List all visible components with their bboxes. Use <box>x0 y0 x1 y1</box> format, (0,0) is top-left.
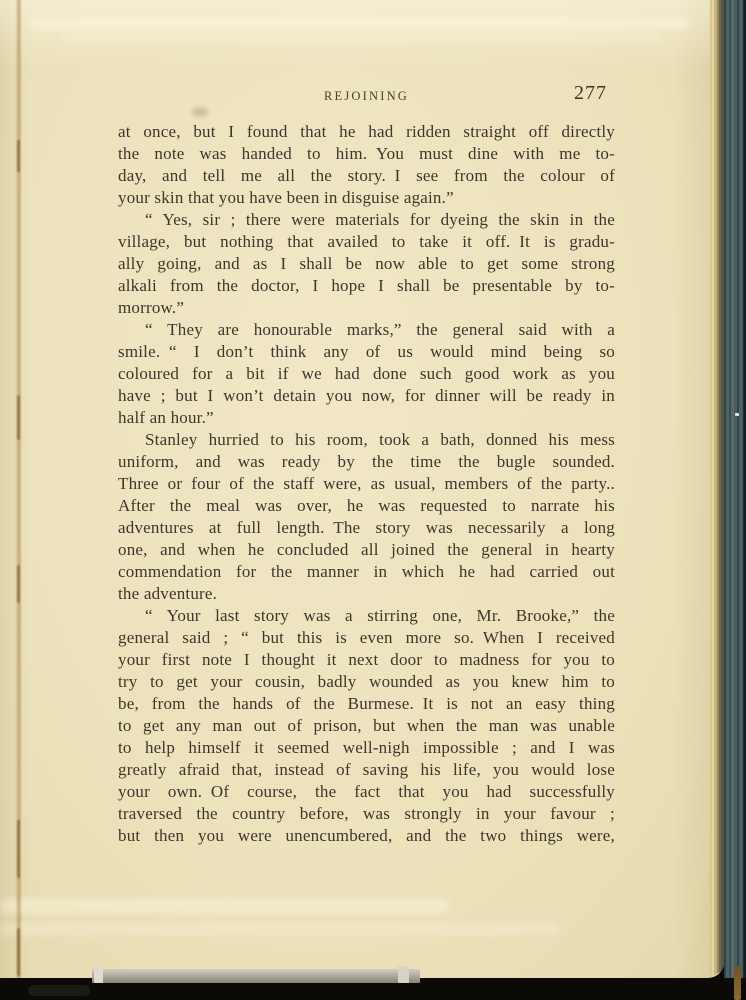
text-line: the note was handed to him. You must din… <box>118 143 615 165</box>
text-line: After the meal was over, he was requeste… <box>118 495 615 517</box>
text-line: greatly afraid that, instead of saving h… <box>118 759 615 781</box>
gutter-stain <box>17 565 20 603</box>
text-line: “ They are honourable marks,” the genera… <box>118 319 615 341</box>
text-line: the adventure. <box>118 583 615 605</box>
dust-speck <box>735 413 739 416</box>
gutter-stain <box>17 140 20 172</box>
text-line: general said ; “ but this is even more s… <box>118 627 615 649</box>
page-header: REJOINING 277 <box>118 84 615 108</box>
book-scan: REJOINING 277 at once, but I found that … <box>0 0 746 1000</box>
text-line: your first note I thought it next door t… <box>118 649 615 671</box>
scanner-glare-band <box>60 33 660 42</box>
cradle-bar <box>92 969 420 983</box>
gutter-stain <box>17 928 20 976</box>
page-text: at once, but I found that he had ridden … <box>118 121 615 847</box>
text-line: to help himself it seemed well-nigh impo… <box>118 737 615 759</box>
paragraph: Stanley hurried to his room, took a bath… <box>118 429 615 605</box>
text-line: morrow.” <box>118 297 615 319</box>
text-line: adventures at full length. The story was… <box>118 517 615 539</box>
book-cover-edge <box>724 0 746 978</box>
text-line: one, and when he concluded all joined th… <box>118 539 615 561</box>
page-edge-stack <box>710 0 724 974</box>
text-line: Three or four of the staff were, as usua… <box>118 473 615 495</box>
page-number: 277 <box>574 82 607 105</box>
text-line: smile. “ I don’t think any of us would m… <box>118 341 615 363</box>
text-line: be, from the hands of the Burmese. It is… <box>118 693 615 715</box>
scanner-glare-band <box>30 17 690 30</box>
scanner-glare-band <box>0 898 450 914</box>
text-line: half an hour.” <box>118 407 615 429</box>
text-line: traversed the country before, was strong… <box>118 803 615 825</box>
text-line: “ Yes, sir ; there were materials for dy… <box>118 209 615 231</box>
text-line: your own. Of course, the fact that you h… <box>118 781 615 803</box>
paragraph: “ Yes, sir ; there were materials for dy… <box>118 209 615 319</box>
gutter-stain <box>17 820 20 878</box>
cradle-bar-tab <box>398 966 409 983</box>
text-line: at once, but I found that he had ridden … <box>118 121 615 143</box>
ink-smudge <box>192 107 208 117</box>
paragraph: “ Your last story was a stirring one, Mr… <box>118 605 615 847</box>
book-page: REJOINING 277 at once, but I found that … <box>0 0 724 978</box>
running-title: REJOINING <box>324 89 409 104</box>
text-line: Stanley hurried to his room, took a bath… <box>118 429 615 451</box>
paragraph: “ They are honourable marks,” the genera… <box>118 319 615 429</box>
text-line: alkali from the doctor, I hope I shall b… <box>118 275 615 297</box>
scanner-bed-shadow <box>28 985 90 996</box>
text-line: ally going, and as I shall be now able t… <box>118 253 615 275</box>
text-line: have ; but I won’t detain you now, for d… <box>118 385 615 407</box>
text-line: commendation for the manner in which he … <box>118 561 615 583</box>
scanner-glare-band <box>0 922 560 936</box>
text-line: to get any man out of prison, but when t… <box>118 715 615 737</box>
text-line: day, and tell me all the story. I see fr… <box>118 165 615 187</box>
gutter-stain <box>17 395 20 440</box>
text-line: uniform, and was ready by the time the b… <box>118 451 615 473</box>
text-line: coloured for a bit if we had done such g… <box>118 363 615 385</box>
cradle-bar-tab <box>94 966 103 983</box>
text-line: try to get your cousin, badly wounded as… <box>118 671 615 693</box>
cover-stain <box>734 966 741 1000</box>
text-line: village, but nothing that availed to tak… <box>118 231 615 253</box>
text-line: but then you were unencumbered, and the … <box>118 825 615 847</box>
text-line: “ Your last story was a stirring one, Mr… <box>118 605 615 627</box>
paragraph: at once, but I found that he had ridden … <box>118 121 615 209</box>
text-line: your skin that you have been in disguise… <box>118 187 615 209</box>
